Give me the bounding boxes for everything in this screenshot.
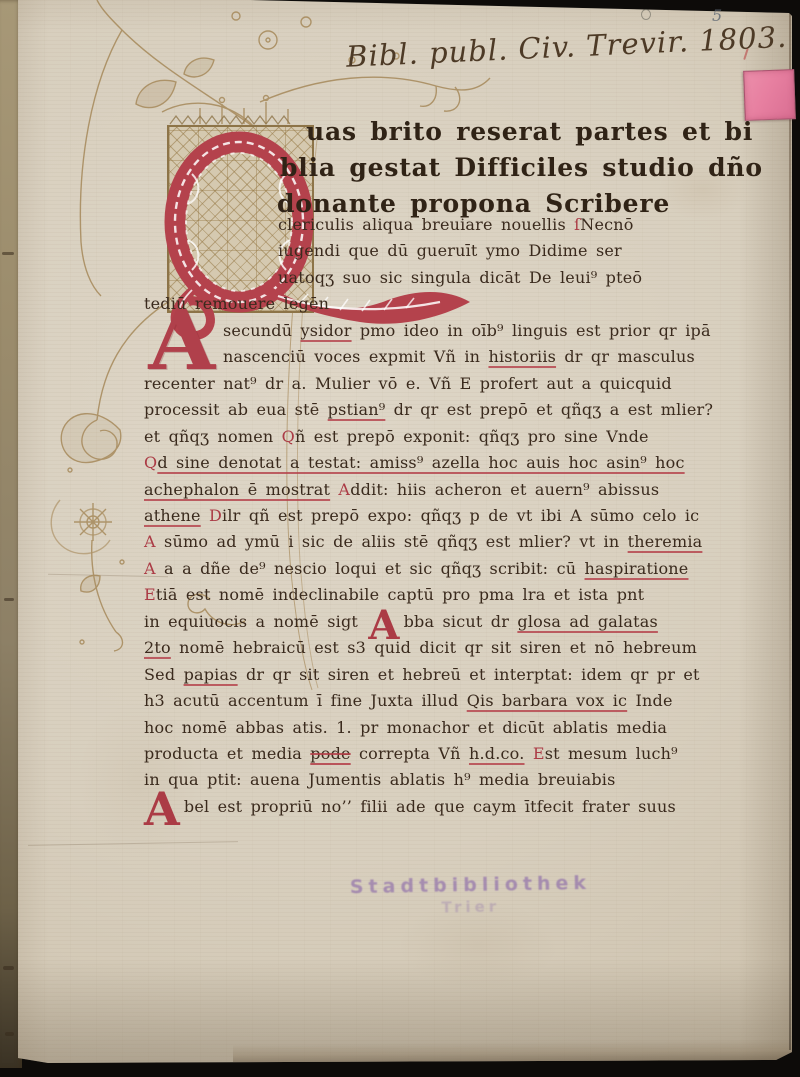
ink-text: pmo ideo in oīb⁹ linguis est prior qr ip…: [352, 321, 711, 340]
ink-text: sūmo ad ymū i sic de aliis stē qñqʒ est …: [156, 532, 628, 551]
manuscript-line: Sed papias dr qr sit siren et hebreū et …: [144, 665, 700, 684]
underlying-page-edges: [233, 1040, 793, 1069]
ink-text: uas brito reserat partes et bi: [306, 117, 753, 146]
manuscript-text-block: uas brito reserat partes et biblia gesta…: [144, 0, 772, 850]
ink-text: dr qr est prepō et qñqʒ a est mlier?: [385, 400, 713, 419]
ink-text: tiā est nomē indeclinabile captū pro pma…: [156, 585, 644, 604]
manuscript-line: A sūmo ad ymū i sic de aliis stē qñqʒ es…: [144, 532, 702, 551]
red-underlined-text: 2to: [144, 638, 171, 657]
ink-text: h3 acutū accentum ī fine Juxta illud: [144, 691, 467, 710]
rubricated-text: E: [144, 585, 156, 604]
ink-text: blia gestat Difficiles studio dño: [280, 153, 763, 182]
manuscript-line: athene Dilr qñ est prepō expo: qñqʒ p de…: [144, 506, 699, 525]
manuscript-line: blia gestat Difficiles studio dño: [280, 153, 763, 182]
ink-text: [525, 744, 533, 763]
manuscript-line: secundū ysidor pmo ideo in oīb⁹ linguis …: [223, 321, 711, 340]
manuscript-line: Abel est propriū no’’ filii ade que caym…: [144, 797, 676, 816]
red-struck-text: pode: [310, 744, 350, 763]
manuscript-line: 2to nomē hebraicū est s3 quid dicit qr s…: [144, 638, 697, 657]
ink-text: ilr qñ est prepō expo: qñqʒ p de vt ibi …: [222, 506, 699, 525]
red-underlined-text: glosa ad galatas: [517, 612, 658, 631]
library-stamp: Stadtbibliothek Trier: [350, 872, 592, 918]
red-underlined-text: d sine denotat a testat: amiss⁹ azella h…: [157, 453, 684, 472]
rubricated-text: A: [144, 532, 156, 551]
stamp-line1: Stadtbibliothek: [350, 872, 592, 898]
ink-text: nomē hebraicū est s3 quid dicit qr sit s…: [171, 638, 697, 657]
ink-text: processit ab eua stē: [144, 400, 328, 419]
ink-text: [201, 506, 209, 525]
red-underlined-text: ysidor: [300, 321, 351, 340]
ink-text: Sed: [144, 665, 184, 684]
manuscript-line: processit ab eua stē pstian⁹ dr qr est p…: [144, 400, 713, 419]
red-underlined-text: athene: [144, 506, 201, 525]
manuscript-line: Qd sine denotat a testat: amiss⁹ azella …: [144, 453, 685, 472]
red-underlined-text: historiis: [488, 347, 556, 366]
ink-text: bel est propriū no’’ filii ade que caym …: [184, 797, 676, 816]
ink-text: producta et media: [144, 744, 310, 763]
ink-text: tediū remouere legēn: [144, 294, 329, 313]
red-underlined-text: h.d.co.: [469, 744, 525, 763]
red-underlined-text: Qis barbara vox ic: [467, 691, 627, 710]
rubricated-text: E: [533, 744, 545, 763]
manuscript-line: uas brito reserat partes et bi: [306, 117, 753, 146]
red-underlined-text: theremia: [628, 532, 703, 551]
manuscript-line: uatoqʒ suo sic singula dicāt De leui⁹ pt…: [278, 268, 642, 287]
ink-text: recenter nat⁹ dr a. Mulier vō e. Vñ E pr…: [144, 374, 672, 393]
ink-text: ñ est prepō exponit: qñqʒ pro sine Vnde: [295, 427, 649, 446]
rubricated-text: Q: [144, 453, 157, 472]
manuscript-line: achephalon ē mostrat Addit: hiis acheron…: [144, 480, 659, 499]
edge-nick: [3, 966, 14, 970]
ink-text: clericulis aliqua breuiare nouellis: [278, 215, 574, 234]
ink-text: ddit: hiis acheron et auern⁹ abissus: [350, 480, 659, 499]
red-underlined-text: haspiratione: [585, 559, 689, 578]
rubricated-text: A: [338, 480, 350, 499]
red-underlined-text: papias: [184, 665, 238, 684]
ink-text: dr qr sit siren et hebreū et interptat: …: [238, 665, 700, 684]
ink-text: uatoqʒ suo sic singula dicāt De leui⁹ pt…: [278, 268, 642, 287]
ink-text: iugendi que dū gueruīt ymo Didime ser: [278, 241, 622, 260]
edge-nick: [5, 1032, 14, 1036]
manuscript-line: in qua ptit: auena Jumentis ablatis h⁹ m…: [144, 770, 616, 789]
ink-text: donante propona Scribere: [277, 189, 670, 218]
inline-red-initial: A: [144, 782, 180, 836]
ink-text: Inde: [627, 691, 672, 710]
red-underlined-text: pstian⁹: [328, 400, 386, 419]
ink-text: in equiuocis a nomē sigt: [144, 612, 366, 631]
manuscript-line: recenter nat⁹ dr a. Mulier vō e. Vñ E pr…: [144, 374, 672, 393]
manuscript-line: A a a dñe de⁹ nescio loqui et sic qñqʒ s…: [144, 559, 688, 578]
manuscript-line: iugendi que dū gueruīt ymo Didime ser: [278, 241, 622, 260]
manuscript-line: h3 acutū accentum ī fine Juxta illud Qis…: [144, 691, 673, 710]
ink-text: hoc nomē abbas atis. 1. pr monachor et d…: [144, 718, 667, 737]
ink-text: secundū: [223, 321, 300, 340]
star-flower-motif: [51, 500, 112, 554]
manuscript-line: in equiuocis a nomē sigt Abba sicut dr g…: [144, 612, 658, 631]
ink-text: st mesum luch⁹: [545, 744, 678, 763]
rubricated-text: Q: [282, 427, 295, 446]
manuscript-line: nascenciū voces expmit Vñ in historiis d…: [223, 347, 695, 366]
ink-text: Necnō: [580, 215, 633, 234]
ink-text: et qñqʒ nomen: [144, 427, 282, 446]
ink-text: in qua ptit: auena Jumentis ablatis h⁹ m…: [144, 770, 616, 789]
rubricated-text: A: [144, 559, 156, 578]
manuscript-line: hoc nomē abbas atis. 1. pr monachor et d…: [144, 718, 667, 737]
manuscript-line: tediū remouere legēn: [144, 294, 329, 313]
ink-text: correpta Vñ: [351, 744, 469, 763]
red-underlined-text: achephalon ē mostrat: [144, 480, 330, 499]
ink-text: dr qr masculus: [556, 347, 695, 366]
rubricated-text: D: [209, 506, 222, 525]
manuscript-line: et qñqʒ nomen Qñ est prepō exponit: qñqʒ…: [144, 427, 649, 446]
manuscript-line: clericulis aliqua breuiare nouellis ſNec…: [278, 215, 634, 234]
ink-text: a a dñe de⁹ nescio loqui et sic qñqʒ scr…: [156, 559, 585, 578]
ink-text: bba sicut dr: [404, 612, 518, 631]
manuscript-line: producta et media pode correpta Vñ h.d.c…: [144, 744, 678, 763]
ink-text: nascenciū voces expmit Vñ in: [223, 347, 488, 366]
manuscript-scan: A 5 Bibl. publ. Civ. Trevir. 1803. uas b…: [0, 0, 800, 1077]
manuscript-line: donante propona Scribere: [277, 189, 670, 218]
